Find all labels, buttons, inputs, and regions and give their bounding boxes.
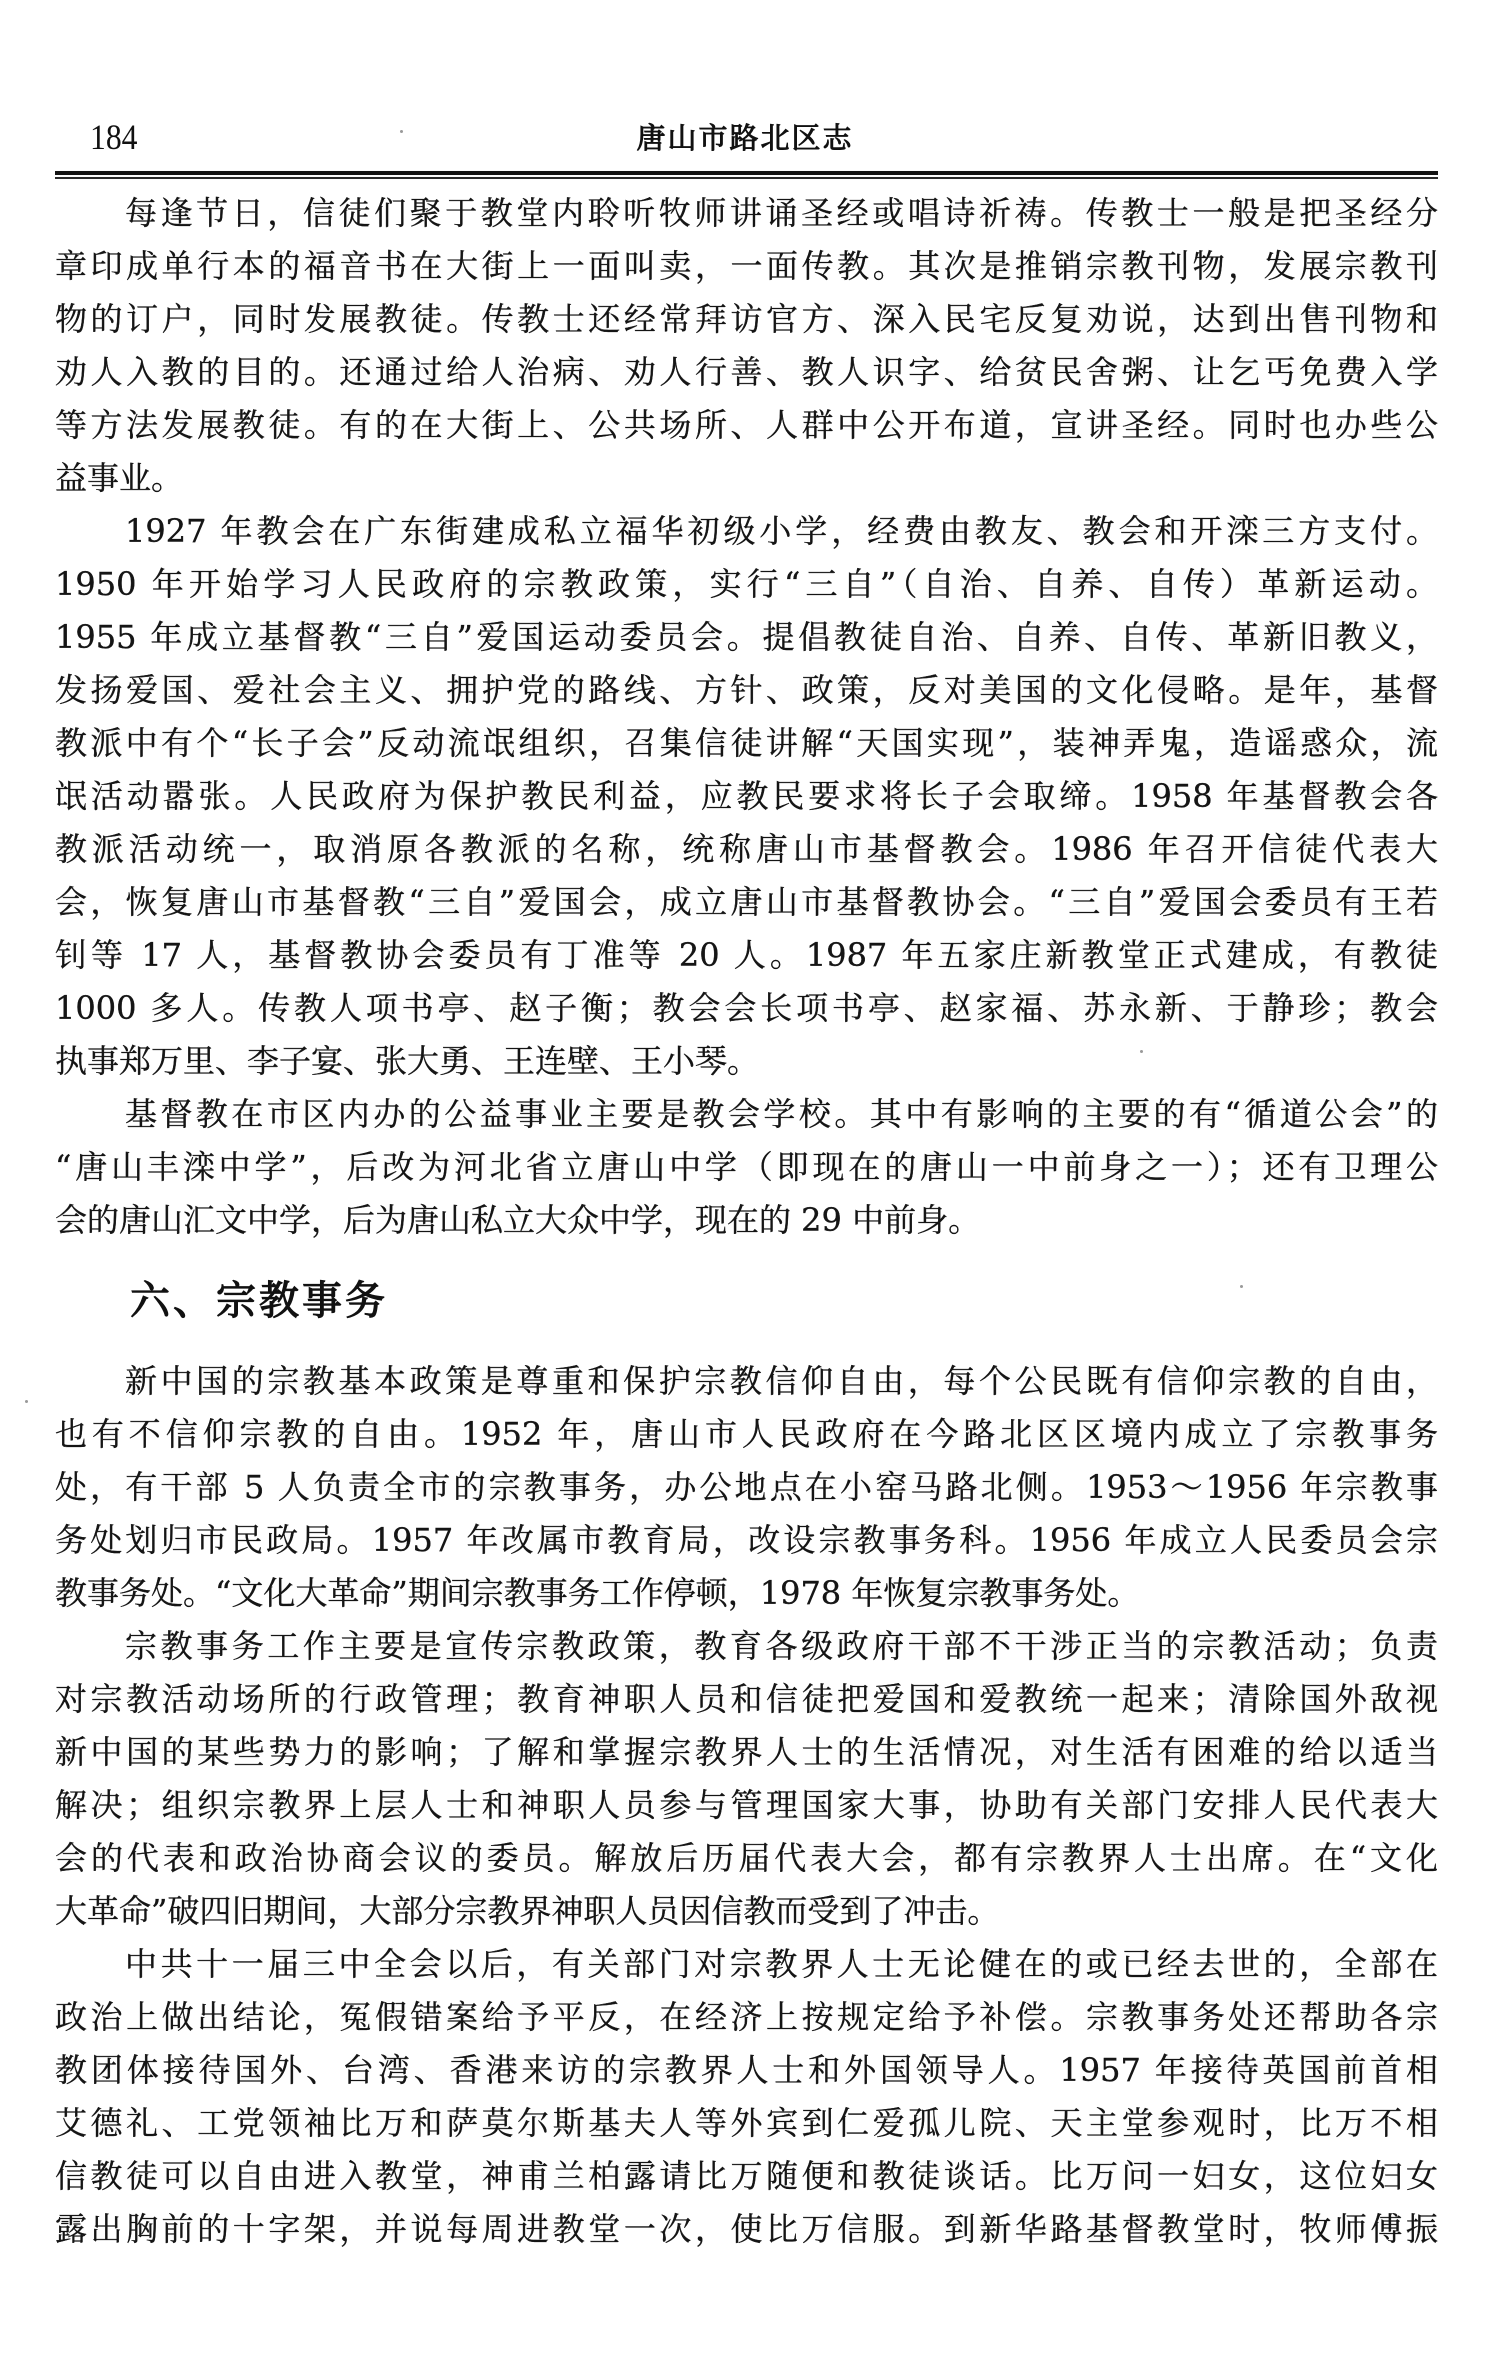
text-line: 基督教在市区内办的公益事业主要是教会学校。其中有影响的主要的有“循道公会”的 — [55, 1088, 1438, 1141]
text-line: 也有不信仰宗教的自由。1952 年，唐山市人民政府在今路北区区境内成立了宗教事务 — [55, 1408, 1438, 1461]
text-line: 物的订户，同时发展教徒。传教士还经常拜访官方、深入民宅反复劝说，达到出售刊物和 — [55, 293, 1438, 346]
paragraph: 1927 年教会在广东街建成私立福华初级小学，经费由教友、教会和开滦三方支付。 … — [55, 505, 1438, 1088]
text-line: 中共十一届三中全会以后，有关部门对宗教界人士无论健在的或已经去世的，全部在 — [55, 1938, 1438, 1991]
text-line: 信教徒可以自由进入教堂，神甫兰柏露请比万随便和教徒谈话。比万问一妇女，这位妇女 — [55, 2150, 1438, 2203]
scan-speck — [1140, 1050, 1143, 1053]
text-line: 会，恢复唐山市基督教“三自”爱国会，成立唐山市基督教协会。“三自”爱国会委员有王… — [55, 876, 1438, 929]
text-line: 解决；组织宗教界上层人士和神职人员参与管理国家大事，协助有关部门安排人民代表大 — [55, 1779, 1438, 1832]
text-line: 对宗教活动场所的行政管理；教育神职人员和信徒把爱国和爱教统一起来；清除国外敌视 — [55, 1673, 1438, 1726]
text-line: 钊等 17 人，基督教协会委员有丁准等 20 人。1987 年五家庄新教堂正式建… — [55, 929, 1438, 982]
text-line: 新中国的宗教基本政策是尊重和保护宗教信仰自由，每个公民既有信仰宗教的自由， — [55, 1355, 1438, 1408]
text-line: 会的唐山汇文中学，后为唐山私立大众中学，现在的 29 中前身。 — [55, 1194, 1438, 1247]
text-line: 务处划归市民政局。1957 年改属市教育局，改设宗教事务科。1956 年成立人民… — [55, 1514, 1438, 1567]
scan-speck — [1240, 1285, 1243, 1288]
text-line: “唐山丰滦中学”，后改为河北省立唐山中学（即现在的唐山一中前身之一）；还有卫理公 — [55, 1141, 1438, 1194]
text-line: 教派活动统一，取消原各教派的名称，统称唐山市基督教会。1986 年召开信徒代表大 — [55, 823, 1438, 876]
text-line: 益事业。 — [55, 452, 1438, 505]
text-line: 1000 多人。传教人项书亭、赵子衡；教会会长项书亭、赵家福、苏永新、于静珍；教… — [55, 982, 1438, 1035]
text-line: 教事务处。“文化大革命”期间宗教事务工作停顿，1978 年恢复宗教事务处。 — [55, 1567, 1438, 1620]
text-line: 新中国的某些势力的影响；了解和掌握宗教界人士的生活情况，对生活有困难的给以适当 — [55, 1726, 1438, 1779]
text-line: 会的代表和政治协商会议的委员。解放后历届代表大会，都有宗教界人士出席。在“文化 — [55, 1832, 1438, 1885]
text-line: 政治上做出结论，冤假错案给予平反，在经济上按规定给予补偿。宗教事务处还帮助各宗 — [55, 1991, 1438, 2044]
text-line: 氓活动嚣张。人民政府为保护教民利益，应教民要求将长子会取缔。1958 年基督教会… — [55, 770, 1438, 823]
text-line: 教派中有个“长子会”反动流氓组织，召集信徒讲解“天国实现”，装神弄鬼，造谣惑众，… — [55, 717, 1438, 770]
text-line: 宗教事务工作主要是宣传宗教政策，教育各级政府干部不干涉正当的宗教活动；负责 — [55, 1620, 1438, 1673]
text-line: 教团体接待国外、台湾、香港来访的宗教界人士和外国领导人。1957 年接待英国前首… — [55, 2044, 1438, 2097]
paragraph: 新中国的宗教基本政策是尊重和保护宗教信仰自由，每个公民既有信仰宗教的自由， 也有… — [55, 1355, 1438, 1620]
body-text-block-2: 新中国的宗教基本政策是尊重和保护宗教信仰自由，每个公民既有信仰宗教的自由， 也有… — [55, 1355, 1438, 2256]
text-line: 劝人入教的目的。还通过给人治病、劝人行善、教人识字、给贫民舍粥、让乞丐免费入学 — [55, 346, 1438, 399]
text-line: 1955 年成立基督教“三自”爱国运动委员会。提倡教徒自治、自养、自传、革新旧教… — [55, 611, 1438, 664]
body-text-block-1: 每逢节日，信徒们聚于教堂内聆听牧师讲诵圣经或唱诗祈祷。传教士一般是把圣经分 章印… — [55, 187, 1438, 1247]
text-line: 等方法发展教徒。有的在大街上、公共场所、人群中公开布道，宣讲圣经。同时也办些公 — [55, 399, 1438, 452]
page-number: 184 — [90, 115, 138, 159]
paragraph: 中共十一届三中全会以后，有关部门对宗教界人士无论健在的或已经去世的，全部在 政治… — [55, 1938, 1438, 2256]
text-line: 艾德礼、工党领袖比万和萨莫尔斯基夫人等外宾到仁爱孤儿院、天主堂参观时，比万不相 — [55, 2097, 1438, 2150]
text-line: 露出胸前的十字架，并说每周进教堂一次，使比万信服。到新华路基督教堂时，牧师傅振 — [55, 2203, 1438, 2256]
text-line: 大革命”破四旧期间，大部分宗教界神职人员因信教而受到了冲击。 — [55, 1885, 1438, 1938]
section-heading: 六、宗教事务 — [130, 1271, 388, 1331]
text-line: 1927 年教会在广东街建成私立福华初级小学，经费由教友、教会和开滦三方支付。 — [55, 505, 1438, 558]
text-line: 每逢节日，信徒们聚于教堂内聆听牧师讲诵圣经或唱诗祈祷。传教士一般是把圣经分 — [55, 187, 1438, 240]
header-rule-thin — [55, 177, 1438, 179]
text-line: 章印成单行本的福音书在大街上一面叫卖，一面传教。其次是推销宗教刊物，发展宗教刊 — [55, 240, 1438, 293]
text-line: 处，有干部 5 人负责全市的宗教事务，办公地点在小窑马路北侧。1953～1956… — [55, 1461, 1438, 1514]
paragraph: 每逢节日，信徒们聚于教堂内聆听牧师讲诵圣经或唱诗祈祷。传教士一般是把圣经分 章印… — [55, 187, 1438, 505]
header-rule-thick — [55, 171, 1438, 175]
text-line: 执事郑万里、李子宴、张大勇、王连壁、王小琴。 — [55, 1035, 1438, 1088]
scan-speck — [400, 130, 403, 133]
paragraph: 宗教事务工作主要是宣传宗教政策，教育各级政府干部不干涉正当的宗教活动；负责 对宗… — [55, 1620, 1438, 1938]
text-line: 发扬爱国、爱社会主义、拥护党的路线、方针、政策，反对美国的文化侵略。是年，基督 — [55, 664, 1438, 717]
paragraph: 基督教在市区内办的公益事业主要是教会学校。其中有影响的主要的有“循道公会”的 “… — [55, 1088, 1438, 1247]
running-title: 唐山市路北区志 — [545, 119, 945, 157]
scan-speck — [25, 1400, 28, 1403]
text-line: 1950 年开始学习人民政府的宗教政策，实行“三自”（自治、自养、自传）革新运动… — [55, 558, 1438, 611]
